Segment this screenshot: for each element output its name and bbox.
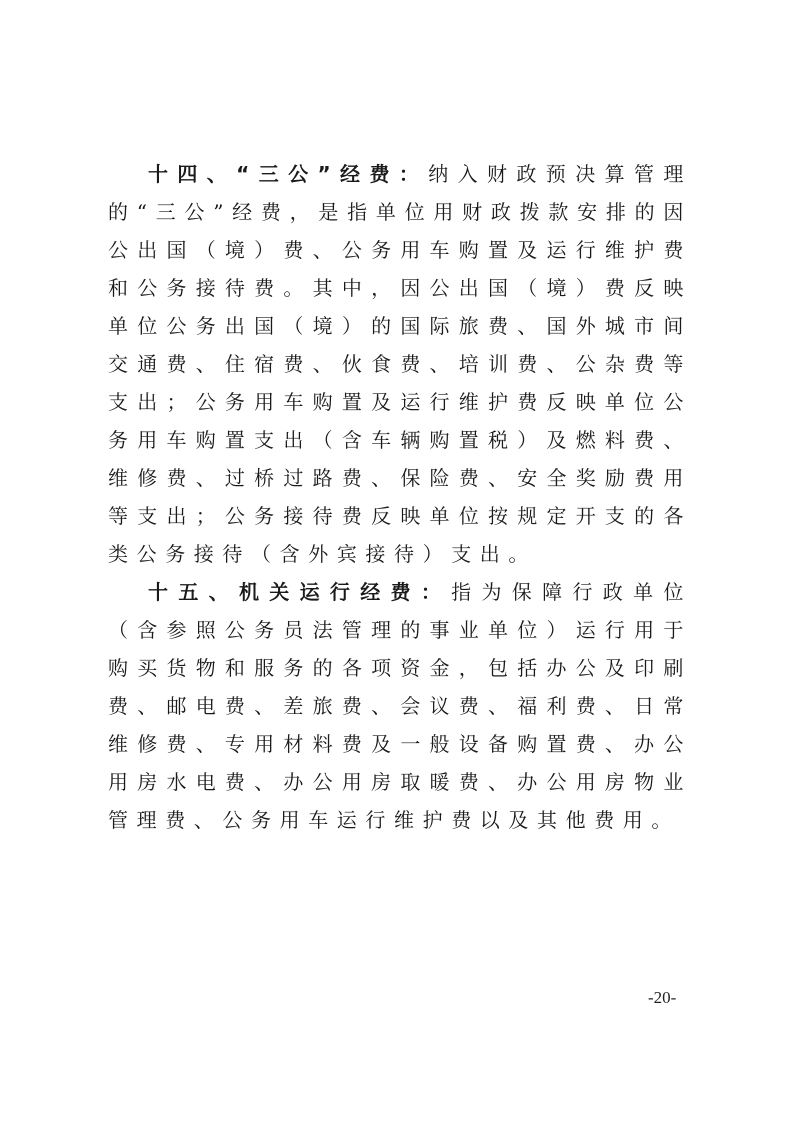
paragraph-agency-operating-expenses: 十五、机关运行经费：指为保障行政单位（含参照公务员法管理的事业单位）运行用于购买… <box>108 573 692 839</box>
document-page: 十四、“三公”经费：纳入财政预决算管理的“三公”经费，是指单位用财政拨款安排的因… <box>0 0 793 1122</box>
definition-agency-operating-expenses: 指为保障行政单位（含参照公务员法管理的事业单位）运行用于购买货物和服务的各项资金… <box>108 580 692 832</box>
definition-three-public-expenses: 纳入财政预决算管理的“三公”经费，是指单位用财政拨款安排的因公出国（境）费、公务… <box>108 162 692 566</box>
paragraph-three-public-expenses: 十四、“三公”经费：纳入财政预决算管理的“三公”经费，是指单位用财政拨款安排的因… <box>108 155 692 573</box>
page-number: -20- <box>648 988 676 1008</box>
term-three-public-expenses: 十四、“三公”经费： <box>148 162 428 186</box>
term-agency-operating-expenses: 十五、机关运行经费： <box>148 580 451 604</box>
document-body: 十四、“三公”经费：纳入财政预决算管理的“三公”经费，是指单位用财政拨款安排的因… <box>108 155 692 839</box>
